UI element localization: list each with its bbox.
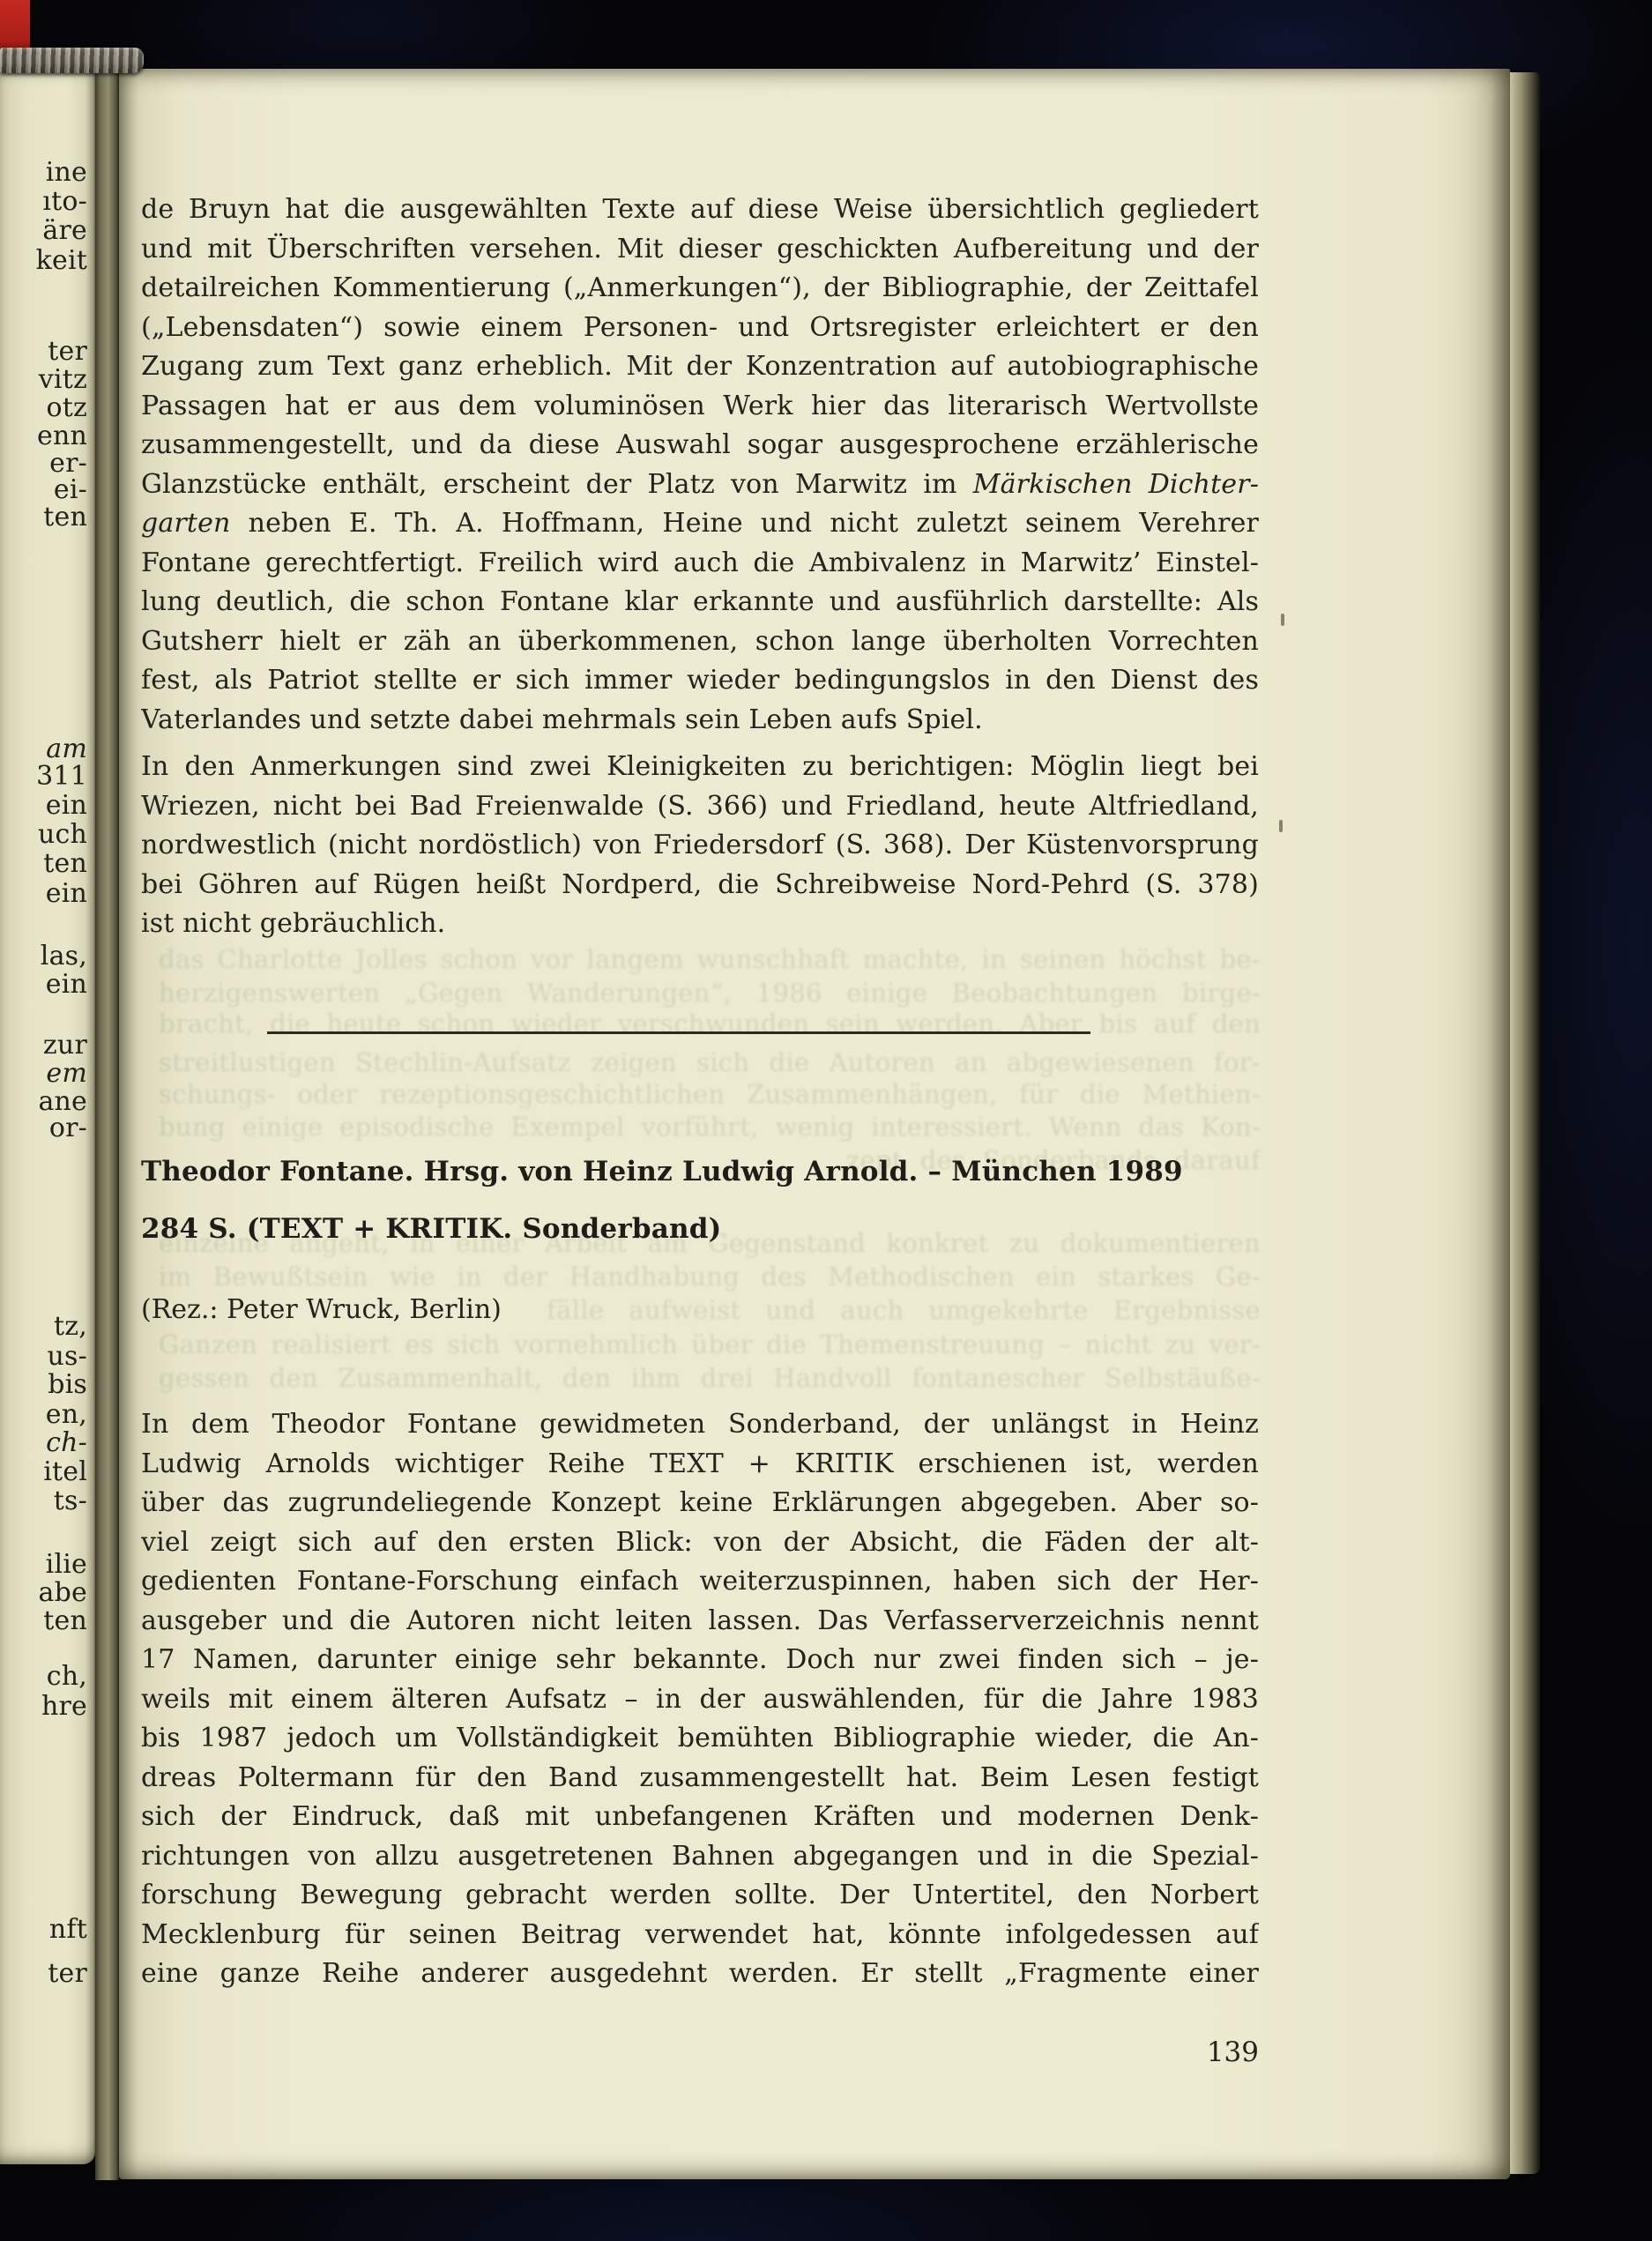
margin-text-fragment: otz bbox=[46, 393, 87, 423]
bleedthrough-line: gessen den Zusammenhalt, den ihm drei Ha… bbox=[159, 1360, 1261, 1396]
bleedthrough-line: das Charlotte Jolles schon vor langem wu… bbox=[159, 942, 1261, 977]
margin-text-fragment: abe bbox=[39, 1578, 87, 1608]
margin-text-fragment: hre bbox=[41, 1692, 87, 1722]
margin-text-fragment: ei- bbox=[54, 475, 87, 505]
margin-text-fragment: ten bbox=[43, 1606, 87, 1636]
margin-text-fragment: zur bbox=[43, 1031, 87, 1061]
margin-text-fragment: us- bbox=[48, 1342, 87, 1372]
paragraph-2: In den Anmerkungen sind zwei Kleinigkeit… bbox=[141, 748, 1259, 944]
book-page: das Charlotte Jolles schon vor langem wu… bbox=[119, 69, 1510, 2179]
bleedthrough-line: bung einige episodische Exempel vorführt… bbox=[159, 1109, 1261, 1144]
margin-text-fragment: las, bbox=[41, 942, 87, 972]
margin-text-fragment: 311 bbox=[36, 762, 87, 792]
book-gutter bbox=[95, 70, 119, 2180]
margin-text-fragment: ine bbox=[46, 158, 87, 188]
margin-text-fragment: enn bbox=[37, 421, 87, 451]
margin-text-fragment: ch- bbox=[46, 1428, 87, 1458]
margin-text-fragment: am bbox=[46, 734, 87, 764]
bleedthrough-line: bracht, die heute schon wieder verschwun… bbox=[159, 1006, 1261, 1041]
bleedthrough-line: streitlustigen Stechlin-Aufsatz zeigen s… bbox=[159, 1045, 1261, 1080]
margin-text-fragment: ein bbox=[46, 879, 87, 909]
margin-text-fragment: tz, bbox=[54, 1312, 87, 1342]
margin-text-fragment: ein bbox=[46, 791, 87, 821]
margin-text-fragment: uch bbox=[38, 820, 87, 850]
bleedthrough-line: schungs- oder rezeptionsgeschichtlichen … bbox=[159, 1076, 1261, 1112]
margin-text-fragment: nft bbox=[49, 1915, 87, 1945]
paragraph-3: In dem Theodor Fontane gewidmeten Sonder… bbox=[141, 1405, 1259, 1994]
margin-text-fragment: or- bbox=[49, 1113, 87, 1143]
bleedthrough-line: herzigenswerten „Gegen Wanderungen“, 198… bbox=[159, 975, 1261, 1010]
bleedthrough-line: Ganzen realisiert es sich vornehmlich üb… bbox=[159, 1327, 1261, 1362]
margin-text-fragment: ts- bbox=[54, 1486, 87, 1516]
margin-text-fragment: ter bbox=[48, 1959, 87, 1989]
margin-text-fragment: keit bbox=[36, 246, 87, 276]
margin-text-fragment: äre bbox=[42, 216, 87, 246]
margin-text-fragment: ıto- bbox=[42, 187, 87, 217]
margin-text-fragment: en, bbox=[46, 1400, 87, 1430]
margin-text-fragment: ter bbox=[48, 337, 87, 367]
margin-text-fragment: bis bbox=[48, 1370, 87, 1400]
margin-text-fragment: ein bbox=[46, 970, 87, 1000]
previous-page-edge: ineıto-ärekeittervitzotzenner-ei-tenam31… bbox=[0, 70, 95, 2164]
margin-text-fragment: ilie bbox=[46, 1550, 87, 1580]
margin-text-fragment: em bbox=[46, 1059, 87, 1089]
margin-text-fragment: ch, bbox=[47, 1662, 87, 1692]
ink-speck bbox=[1281, 614, 1284, 626]
ink-speck bbox=[1279, 820, 1283, 832]
margin-text-fragment: ten bbox=[43, 503, 87, 532]
page-number: 139 bbox=[141, 2033, 1259, 2072]
bibliographic-heading-line2: 284 S. (TEXT + KRITIK. Sonderband) bbox=[141, 1209, 1259, 1249]
red-label bbox=[0, 0, 30, 51]
book-scan-photo: ineıto-ärekeittervitzotzenner-ei-tenam31… bbox=[0, 0, 1652, 2241]
bibliographic-heading-line1: Theodor Fontane. Hrsg. von Heinz Ludwig … bbox=[141, 1151, 1259, 1192]
reviewer-line: (Rez.: Peter Wruck, Berlin) bbox=[141, 1290, 1259, 1330]
book-headband bbox=[0, 48, 144, 73]
bleedthrough-line: im Bewußtsein wie in der Handhabung des … bbox=[159, 1259, 1261, 1294]
section-separator-rule bbox=[267, 1031, 1090, 1034]
margin-text-fragment: itel bbox=[43, 1457, 87, 1487]
page-edges-stack bbox=[1510, 72, 1540, 2174]
margin-text-fragment: ten bbox=[43, 849, 87, 879]
paragraph-1: de Bruyn hat die ausgewählten Texte auf … bbox=[141, 190, 1259, 740]
margin-text-fragment: vitz bbox=[39, 365, 87, 395]
